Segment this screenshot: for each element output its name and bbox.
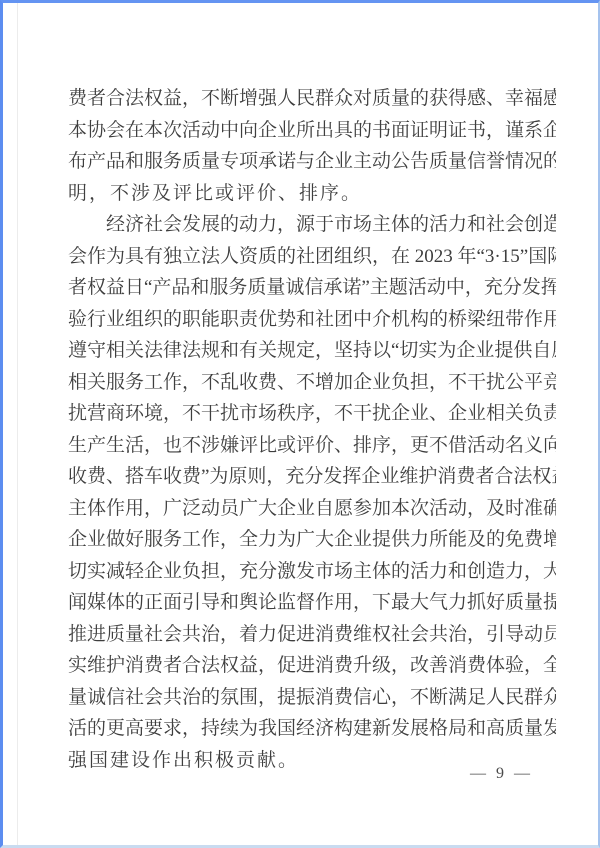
text-line: 遵守相关法律法规和有关规定，坚持以“切实为企业提供自愿参与的 [68, 335, 556, 367]
text-line: 布产品和服务质量专项承诺与企业主动公告质量信誉情况的公告证 [68, 146, 556, 178]
document-page: 费者合法权益，不断增强人民群众对质量的获得感、幸福感、安全感。本协会在本次活动中… [0, 0, 600, 848]
document-body: 费者合法权益，不断增强人民群众对质量的获得感、幸福感、安全感。本协会在本次活动中… [68, 83, 556, 776]
text-line: 收费、搭车收费”为原则，充分发挥企业维护消费者合法权益的市场 [68, 461, 556, 493]
text-line: 相关服务工作，不乱收费、不增加企业负担，不干扰公平竞争，不干 [68, 367, 556, 399]
text-line: 会作为具有独立法人资质的社团组织，在 2023 年“3·15”国际消费 [68, 241, 556, 273]
text-line: 明，不涉及评比或评价、排序。 [68, 178, 556, 210]
text-line: 量诚信社会共治的氛围，提振消费信心，不断满足人民群众对美好生 [68, 682, 556, 714]
text-line: 生产生活，也不涉嫌评比或评价、排序，更不借活动名义向企业摊派 [68, 430, 556, 462]
text-line: 实维护消费者合法权益，促进消费升级，改善消费体验，全力营造质 [68, 650, 556, 682]
text-line: 主体作用，广泛动员广大企业自愿参加本次活动，及时准确地为广大 [68, 493, 556, 525]
text-line: 费者合法权益，不断增强人民群众对质量的获得感、幸福感、安全感。 [68, 83, 556, 115]
text-line: 推进质量社会共治，着力促进消费维权社会共治，引导动员全社会切 [68, 619, 556, 651]
text-line: 企业做好服务工作，全力为广大企业提供力所能及的免费增值服务而 [68, 524, 556, 556]
text-line: 闻媒体的正面引导和舆论监督作用，下最大气力抓好质量提升，大力 [68, 587, 556, 619]
text-line: 者权益日“产品和服务质量诚信承诺”主题活动中，充分发挥质量检 [68, 272, 556, 304]
scan-artifact-line [17, 3, 18, 845]
text-line: 经济社会发展的动力，源于市场主体的活力和社会创造力。本协 [68, 209, 556, 241]
page-number: — 9 — [470, 765, 532, 783]
text-line: 本协会在本次活动中向企业所出具的书面证明证书，谨系企业公开发 [68, 115, 556, 147]
text-line: 扰营商环境，不干扰市场秩序，不干扰企业、企业相关负责人的正常 [68, 398, 556, 430]
text-line: 切实减轻企业负担，充分激发市场主体的活力和创造力，大力发挥新 [68, 556, 556, 588]
text-line: 活的更高要求，持续为我国经济构建新发展格局和高质量发展与质量 [68, 713, 556, 745]
text-line: 验行业组织的职能职责优势和社团中介机构的桥梁纽带作用，严格 [68, 304, 556, 336]
